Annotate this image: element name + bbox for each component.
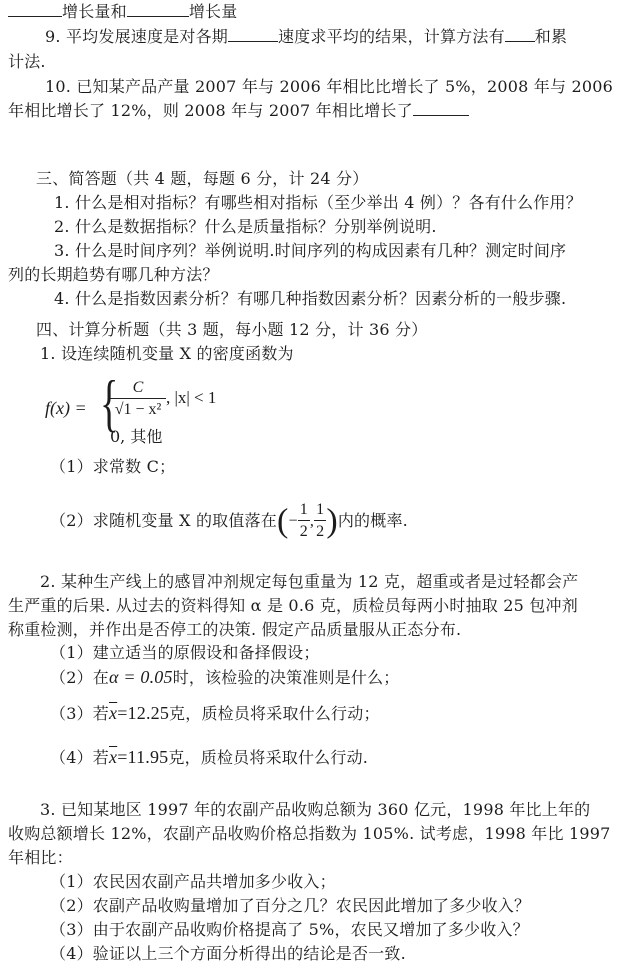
question-number: 10. [45,77,71,96]
text: 速度求平均的结果，计算方法有 [278,27,505,46]
condition-1: , |x| < 1 [166,388,216,408]
right-paren-icon: ) [326,503,338,540]
question-3-part-4: （4）验证以上三个方面分析得出的结论是否一致. [50,944,406,964]
section-3-question-3-continuation: 列的长期趋势有哪几种方法？ [8,265,219,285]
section-4-question-1-intro: 1. 设连续随机变量 X 的密度函数为 [40,344,294,364]
section-3-question-4: 4. 什么是指数因素分析？有哪几种指数因素分析？因素分析的一般步骤. [54,289,566,309]
answer-blank [8,2,62,17]
answer-blank [505,27,535,42]
case-2: 0, 其他 [110,424,162,447]
question-2-part-1: （1）建立适当的原假设和备择假设； [50,643,320,663]
answer-blank [127,2,189,17]
section-3-question-3: 3. 什么是时间序列？举例说明.时间序列的构成因素有几种？测定时间序 [54,241,566,261]
question-1-part-1: （1）求常数 C； [50,457,175,477]
question-3-line-2: 收购总额增长 12%，农副产品收购价格总指数为 105%. 试考虑，1998 年… [8,824,610,844]
question-2-part-3: （3）若x=12.25克，质检员将采取什么行动； [50,703,380,724]
question-3-line-3: 年相比： [8,848,73,868]
question-2-line-2: 生严重的后果. 从过去的资料得知 α 是 0.6 克，质检员每两小时抽取 25 … [8,596,578,616]
left-paren-icon: ( [277,503,289,540]
question-10-continuation: 年相比增长了 12%，则 2008 年与 2007 年相比增长了 [8,101,469,121]
answer-blank [413,101,469,116]
question-3-part-3: （3）由于农副产品收购价格提高了 5%，农民又增加了多少收入？ [50,920,529,940]
text: 已知某产品产量 2007 年与 2006 年相比比增长了 5%，2008 年与 … [76,77,613,96]
fill-in-line-8-continuation: 增长量和增长量 [8,2,237,22]
section-3-question-2: 2. 什么是数据指标？什么是质量指标？分别举例说明. [54,217,437,237]
text: 增长量和 [62,2,127,21]
question-10: 10. 已知某产品产量 2007 年与 2006 年相比比增长了 5%，2008… [45,77,613,97]
question-3-part-1: （1）农民因农副产品共增加多少收入； [50,872,336,892]
question-2-line-3: 称重检测，并作出是否停工的决策. 假定产品质量服从正态分布. [8,620,461,640]
question-3-line-1: 3. 已知某地区 1997 年的农副产品收购总额为 360 亿元，1998 年比… [40,800,590,820]
question-3-part-2: （2）农副产品收购量增加了百分之几？农民因此增加了多少收入？ [50,896,530,916]
function-label: f(x) = [45,398,87,419]
x-bar: x [109,747,117,767]
answer-blank [228,27,278,42]
question-1-part-2: （2）求随机变量 X 的取值落在(−12,12)内的概率. [50,500,408,544]
text: 增长量 [189,2,238,21]
question-2-part-2: （2）在α = 0.05时，该检验的决策准则是什么； [50,667,400,688]
question-9: 9. 平均发展速度是对各期速度求平均的结果，计算方法有和累 [45,27,567,47]
section-3-title: 三、简答题（共 4 题，每题 6 分，计 24 分） [36,169,368,189]
text: 年相比增长了 12%，则 2008 年与 2007 年相比增长了 [8,101,413,120]
question-2-part-4: （4）若x=11.95克，质检员将采取什么行动. [50,747,368,768]
x-bar: x [109,703,117,723]
question-2-line-1: 2. 某种生产线上的感冒冲剂规定每包重量为 12 克，超重或者是过轻都会产 [40,572,578,592]
text: 和累 [535,27,567,46]
question-number: 9. [45,27,61,46]
fraction: C √1 − x² [110,378,166,421]
text: 平均发展速度是对各期 [66,27,228,46]
question-9-continuation: 计法. [8,52,46,72]
section-4-title: 四、计算分析题（共 3 题，每小题 12 分，计 36 分） [36,320,427,340]
section-3-question-1: 1. 什么是相对指标？有哪些相对指标（至少举出 4 例）？各有什么作用？ [54,193,582,213]
